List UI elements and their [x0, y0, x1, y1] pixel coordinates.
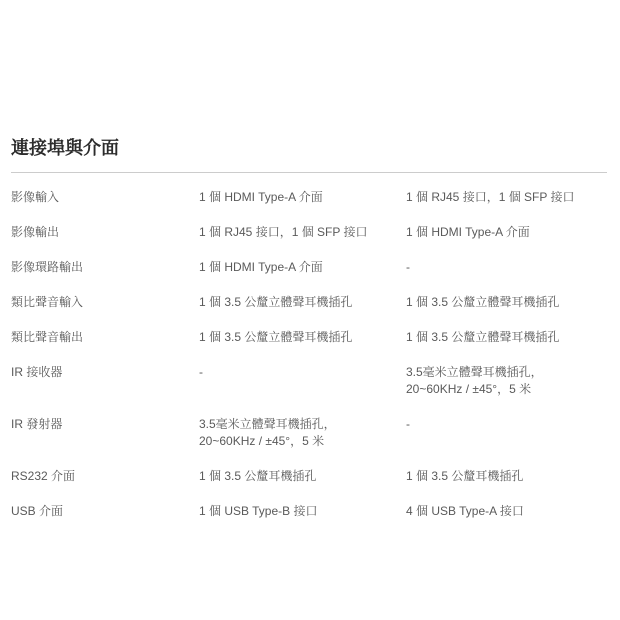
spec-row-ir-transmitter: IR 發射器 3.5毫米立體聲耳機插孔，20~60KHz / ±45°，5 米 …	[11, 407, 607, 459]
spec-value-primary: 1 個 HDMI Type-A 介面	[199, 259, 406, 276]
spec-label: USB 介面	[11, 503, 199, 520]
spec-label: IR 接收器	[11, 364, 199, 381]
spec-value-primary: 3.5毫米立體聲耳機插孔，20~60KHz / ±45°，5 米	[199, 416, 406, 450]
spec-value-secondary: 1 個 HDMI Type-A 介面	[406, 224, 607, 241]
spec-value-primary: -	[199, 364, 406, 381]
spec-value-primary: 1 個 HDMI Type-A 介面	[199, 189, 406, 206]
spec-label: RS232 介面	[11, 468, 199, 485]
spec-value-primary: 1 個 RJ45 接口，1 個 SFP 接口	[199, 224, 406, 241]
section-title: 連接埠與介面	[11, 0, 607, 159]
spec-label: 類比聲音輸出	[11, 329, 199, 346]
spec-value-secondary: 1 個 RJ45 接口，1 個 SFP 接口	[406, 189, 607, 206]
spec-label: 類比聲音輸入	[11, 294, 199, 311]
spec-value-primary: 1 個 USB Type-B 接口	[199, 503, 406, 520]
spec-value-primary: 1 個 3.5 公釐立體聲耳機插孔	[199, 329, 406, 346]
spec-row-rs232-interface: RS232 介面 1 個 3.5 公釐耳機插孔 1 個 3.5 公釐耳機插孔	[11, 459, 607, 494]
spec-label: 影像輸出	[11, 224, 199, 241]
section-divider	[11, 172, 607, 173]
spec-row-ir-receiver: IR 接收器 - 3.5毫米立體聲耳機插孔，20~60KHz / ±45°，5 …	[11, 355, 607, 407]
spec-row-analog-audio-output: 類比聲音輸出 1 個 3.5 公釐立體聲耳機插孔 1 個 3.5 公釐立體聲耳機…	[11, 320, 607, 355]
spec-value-secondary: -	[406, 416, 607, 433]
spec-row-analog-audio-input: 類比聲音輸入 1 個 3.5 公釐立體聲耳機插孔 1 個 3.5 公釐立體聲耳機…	[11, 285, 607, 320]
spec-row-usb-interface: USB 介面 1 個 USB Type-B 接口 4 個 USB Type-A …	[11, 494, 607, 529]
spec-label: IR 發射器	[11, 416, 199, 433]
spec-row-video-output: 影像輸出 1 個 RJ45 接口，1 個 SFP 接口 1 個 HDMI Typ…	[11, 215, 607, 250]
spec-value-primary: 1 個 3.5 公釐耳機插孔	[199, 468, 406, 485]
spec-value-secondary: 1 個 3.5 公釐立體聲耳機插孔	[406, 294, 607, 311]
spec-page: 連接埠與介面 影像輸入 1 個 HDMI Type-A 介面 1 個 RJ45 …	[0, 0, 620, 529]
spec-table: 影像輸入 1 個 HDMI Type-A 介面 1 個 RJ45 接口，1 個 …	[11, 180, 607, 529]
spec-row-video-input: 影像輸入 1 個 HDMI Type-A 介面 1 個 RJ45 接口，1 個 …	[11, 180, 607, 215]
spec-value-primary: 1 個 3.5 公釐立體聲耳機插孔	[199, 294, 406, 311]
spec-label: 影像環路輸出	[11, 259, 199, 276]
spec-value-secondary: 1 個 3.5 公釐耳機插孔	[406, 468, 607, 485]
spec-value-secondary: -	[406, 259, 607, 276]
spec-row-video-loop-output: 影像環路輸出 1 個 HDMI Type-A 介面 -	[11, 250, 607, 285]
spec-value-secondary: 4 個 USB Type-A 接口	[406, 503, 607, 520]
spec-label: 影像輸入	[11, 189, 199, 206]
spec-value-secondary: 1 個 3.5 公釐立體聲耳機插孔	[406, 329, 607, 346]
spec-value-secondary: 3.5毫米立體聲耳機插孔，20~60KHz / ±45°，5 米	[406, 364, 607, 398]
